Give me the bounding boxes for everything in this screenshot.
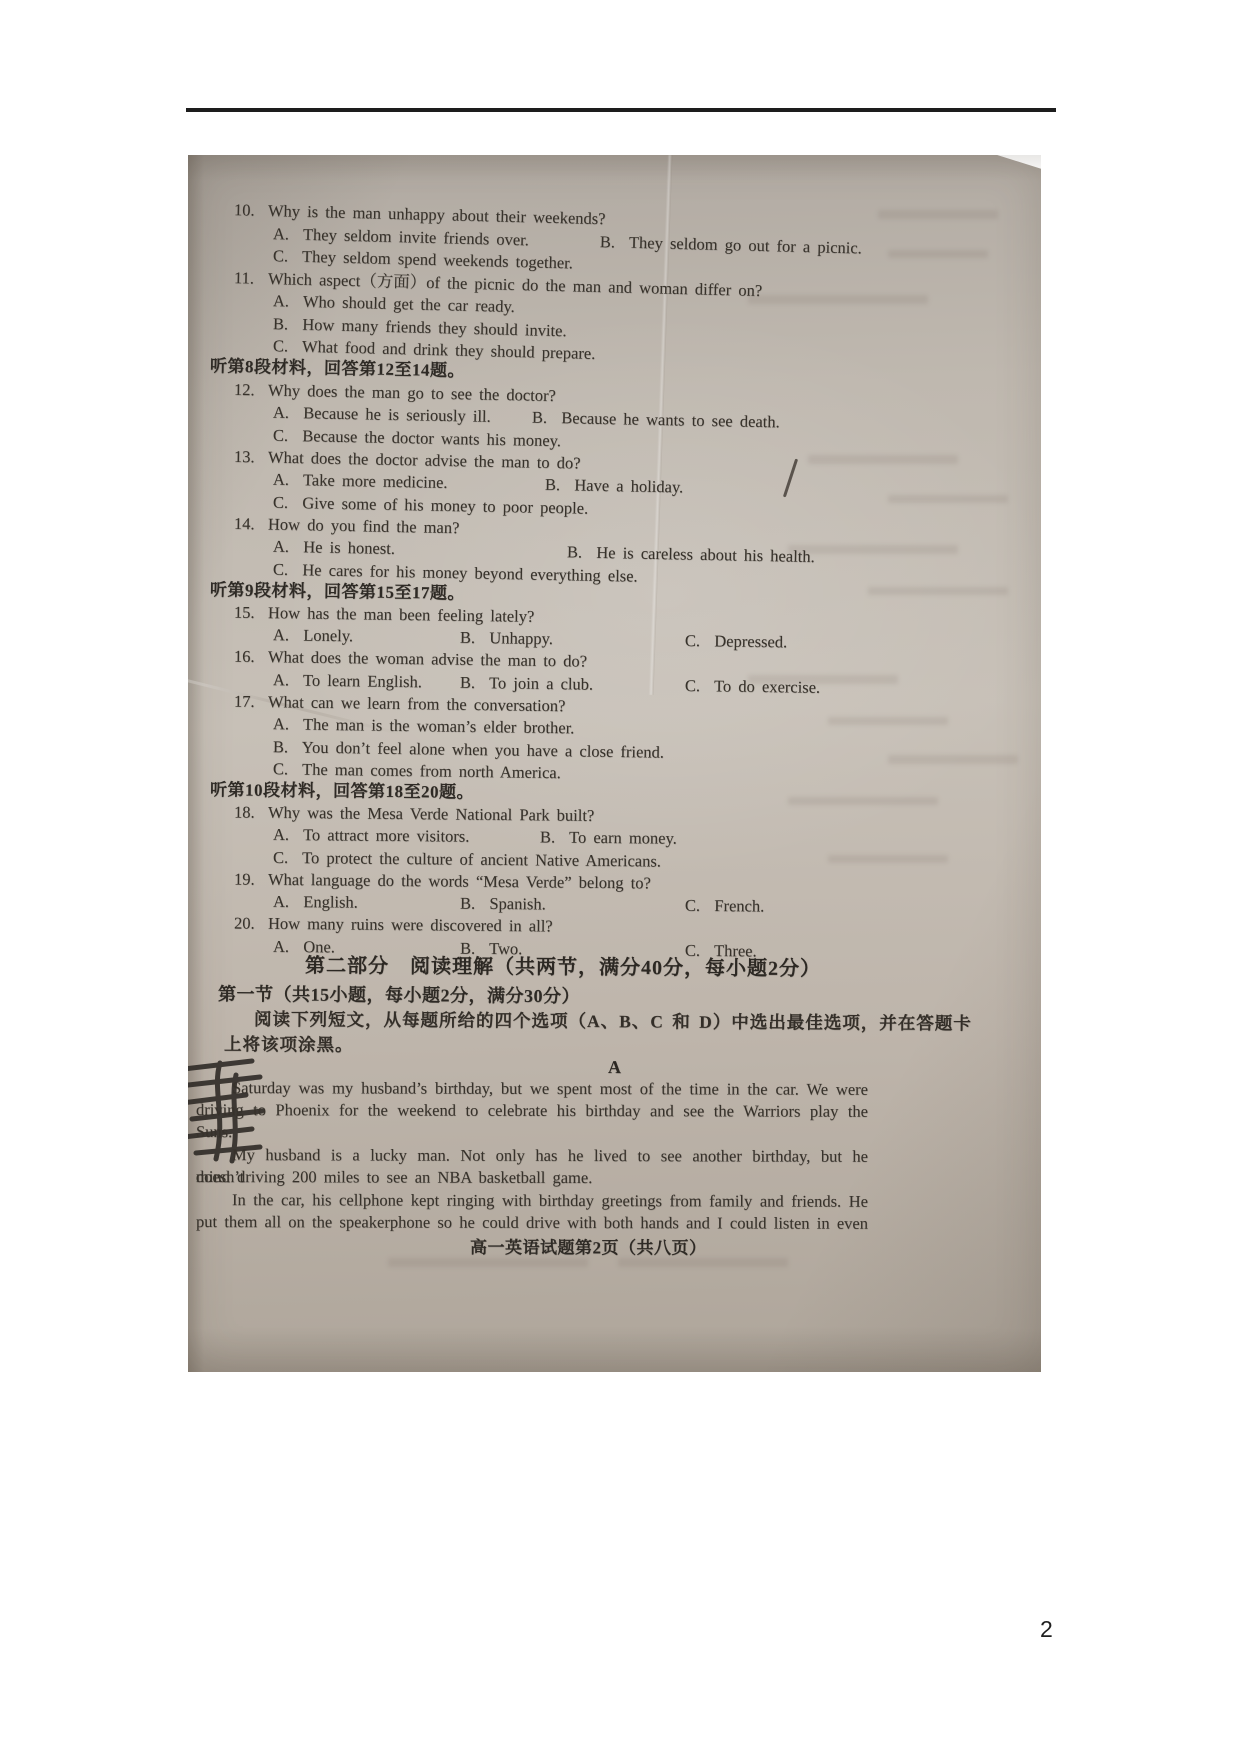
header-rule bbox=[186, 108, 1056, 112]
option-a: A. Take more medicine. bbox=[273, 469, 448, 494]
question-number: 17. bbox=[234, 691, 255, 713]
passage-line: put them all on the speakerphone so he c… bbox=[196, 1211, 868, 1235]
passage-line: Suns. bbox=[196, 1121, 1041, 1145]
option-b: B. To join a club. bbox=[460, 672, 593, 696]
option-a: A. To learn English. bbox=[273, 669, 422, 693]
option-a: A. The man is the woman’s elder brother. bbox=[273, 713, 575, 739]
option-c: C. French. bbox=[685, 895, 765, 918]
question-number: 18. bbox=[234, 801, 255, 823]
part2-heading: 第二部分 阅读理解（共两节，满分40分，每小题2分） bbox=[305, 955, 1041, 982]
option-b: B. Unhappy. bbox=[460, 627, 553, 650]
question-number: 10. bbox=[234, 199, 255, 221]
passage-line: mind driving 200 miles to see an NBA bas… bbox=[196, 1166, 1041, 1190]
paper-shading bbox=[188, 155, 1041, 181]
question-number: 14. bbox=[234, 513, 255, 535]
option-a: A. Lonely. bbox=[273, 624, 353, 647]
question-number: 11. bbox=[234, 267, 255, 289]
option-a: A. He is honest. bbox=[273, 536, 395, 560]
bleed-through-mark bbox=[388, 1258, 588, 1267]
passage-line: My husband is a lucky man. Not only has … bbox=[196, 1144, 868, 1168]
option-a: A. English. bbox=[273, 891, 358, 914]
paper-shading bbox=[188, 1328, 1041, 1372]
question-number: 19. bbox=[234, 868, 255, 890]
document-page: 10.Why is the man unhappy about their we… bbox=[0, 0, 1240, 1753]
exam-page-footer: 高一英语试题第2页（共八页） bbox=[470, 1237, 1041, 1261]
section1-heading: 第一节（共15小题，每小题2分，满分30分） bbox=[218, 983, 1041, 1010]
option-c: C. Depressed. bbox=[685, 630, 788, 653]
option-a: A. To attract more visitors. bbox=[273, 824, 470, 848]
instructions-line1: 阅读下列短文，从每题所给的四个选项（A、B、C 和 D）中选出最佳选项，并在答题… bbox=[254, 1008, 1041, 1035]
option-b: B. Spanish. bbox=[460, 893, 546, 916]
exam-scan-photo: 10.Why is the man unhappy about their we… bbox=[188, 155, 1041, 1372]
question-number: 16. bbox=[234, 646, 255, 668]
question-number: 13. bbox=[234, 446, 255, 468]
passage-line: In the car, his cellphone kept ringing w… bbox=[196, 1189, 868, 1213]
passage-line: driving to Phoenix for the weekend to ce… bbox=[196, 1099, 868, 1123]
option-b: B. To earn money. bbox=[540, 826, 677, 849]
option-a: A. Because he is seriously ill. bbox=[273, 402, 491, 428]
passage-line: Saturday was my husband’s birthday, but … bbox=[196, 1077, 868, 1101]
page-number: 2 bbox=[1040, 1616, 1053, 1643]
question-number: 12. bbox=[234, 379, 255, 401]
question-number: 15. bbox=[234, 602, 255, 624]
question-number: 20. bbox=[234, 912, 255, 934]
option-c: C. To do exercise. bbox=[685, 675, 820, 699]
option-b: B. Have a holiday. bbox=[545, 474, 684, 499]
